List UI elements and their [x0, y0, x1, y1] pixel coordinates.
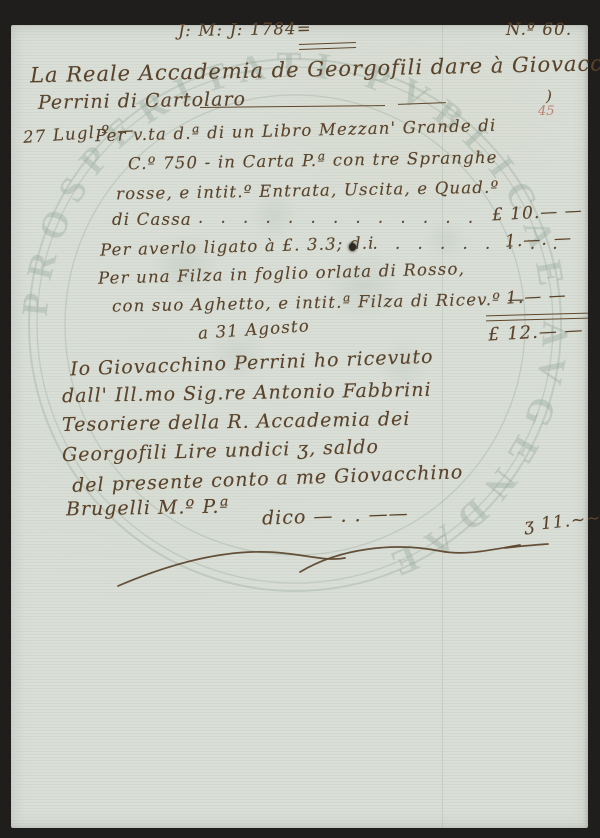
entry-item1-leader-dots: . . . . . . . . . . . . . — [198, 208, 479, 227]
title-line-2: Perrini di Cartolaro — [38, 88, 246, 114]
ink-blot — [349, 243, 356, 251]
paper-chain-line — [442, 25, 443, 828]
receipt-line-6: Brugelli M.º P.ª — [66, 496, 230, 521]
margin-bracket: ) — [546, 87, 552, 105]
scan-background: PROSPERITATI PVBLICAE AVGENDAE J: M: J: … — [0, 0, 600, 838]
entry-item2-amount: 1.—. — — [505, 228, 573, 251]
folio-number: 45 — [538, 104, 555, 119]
entry-item1-line4: di Cassa — [112, 210, 192, 229]
entry-item3-amount: 1.— — — [506, 285, 568, 308]
monogram-date: J: M: J: 1784= — [178, 19, 312, 40]
document-number: N.º 60. — [506, 20, 572, 39]
